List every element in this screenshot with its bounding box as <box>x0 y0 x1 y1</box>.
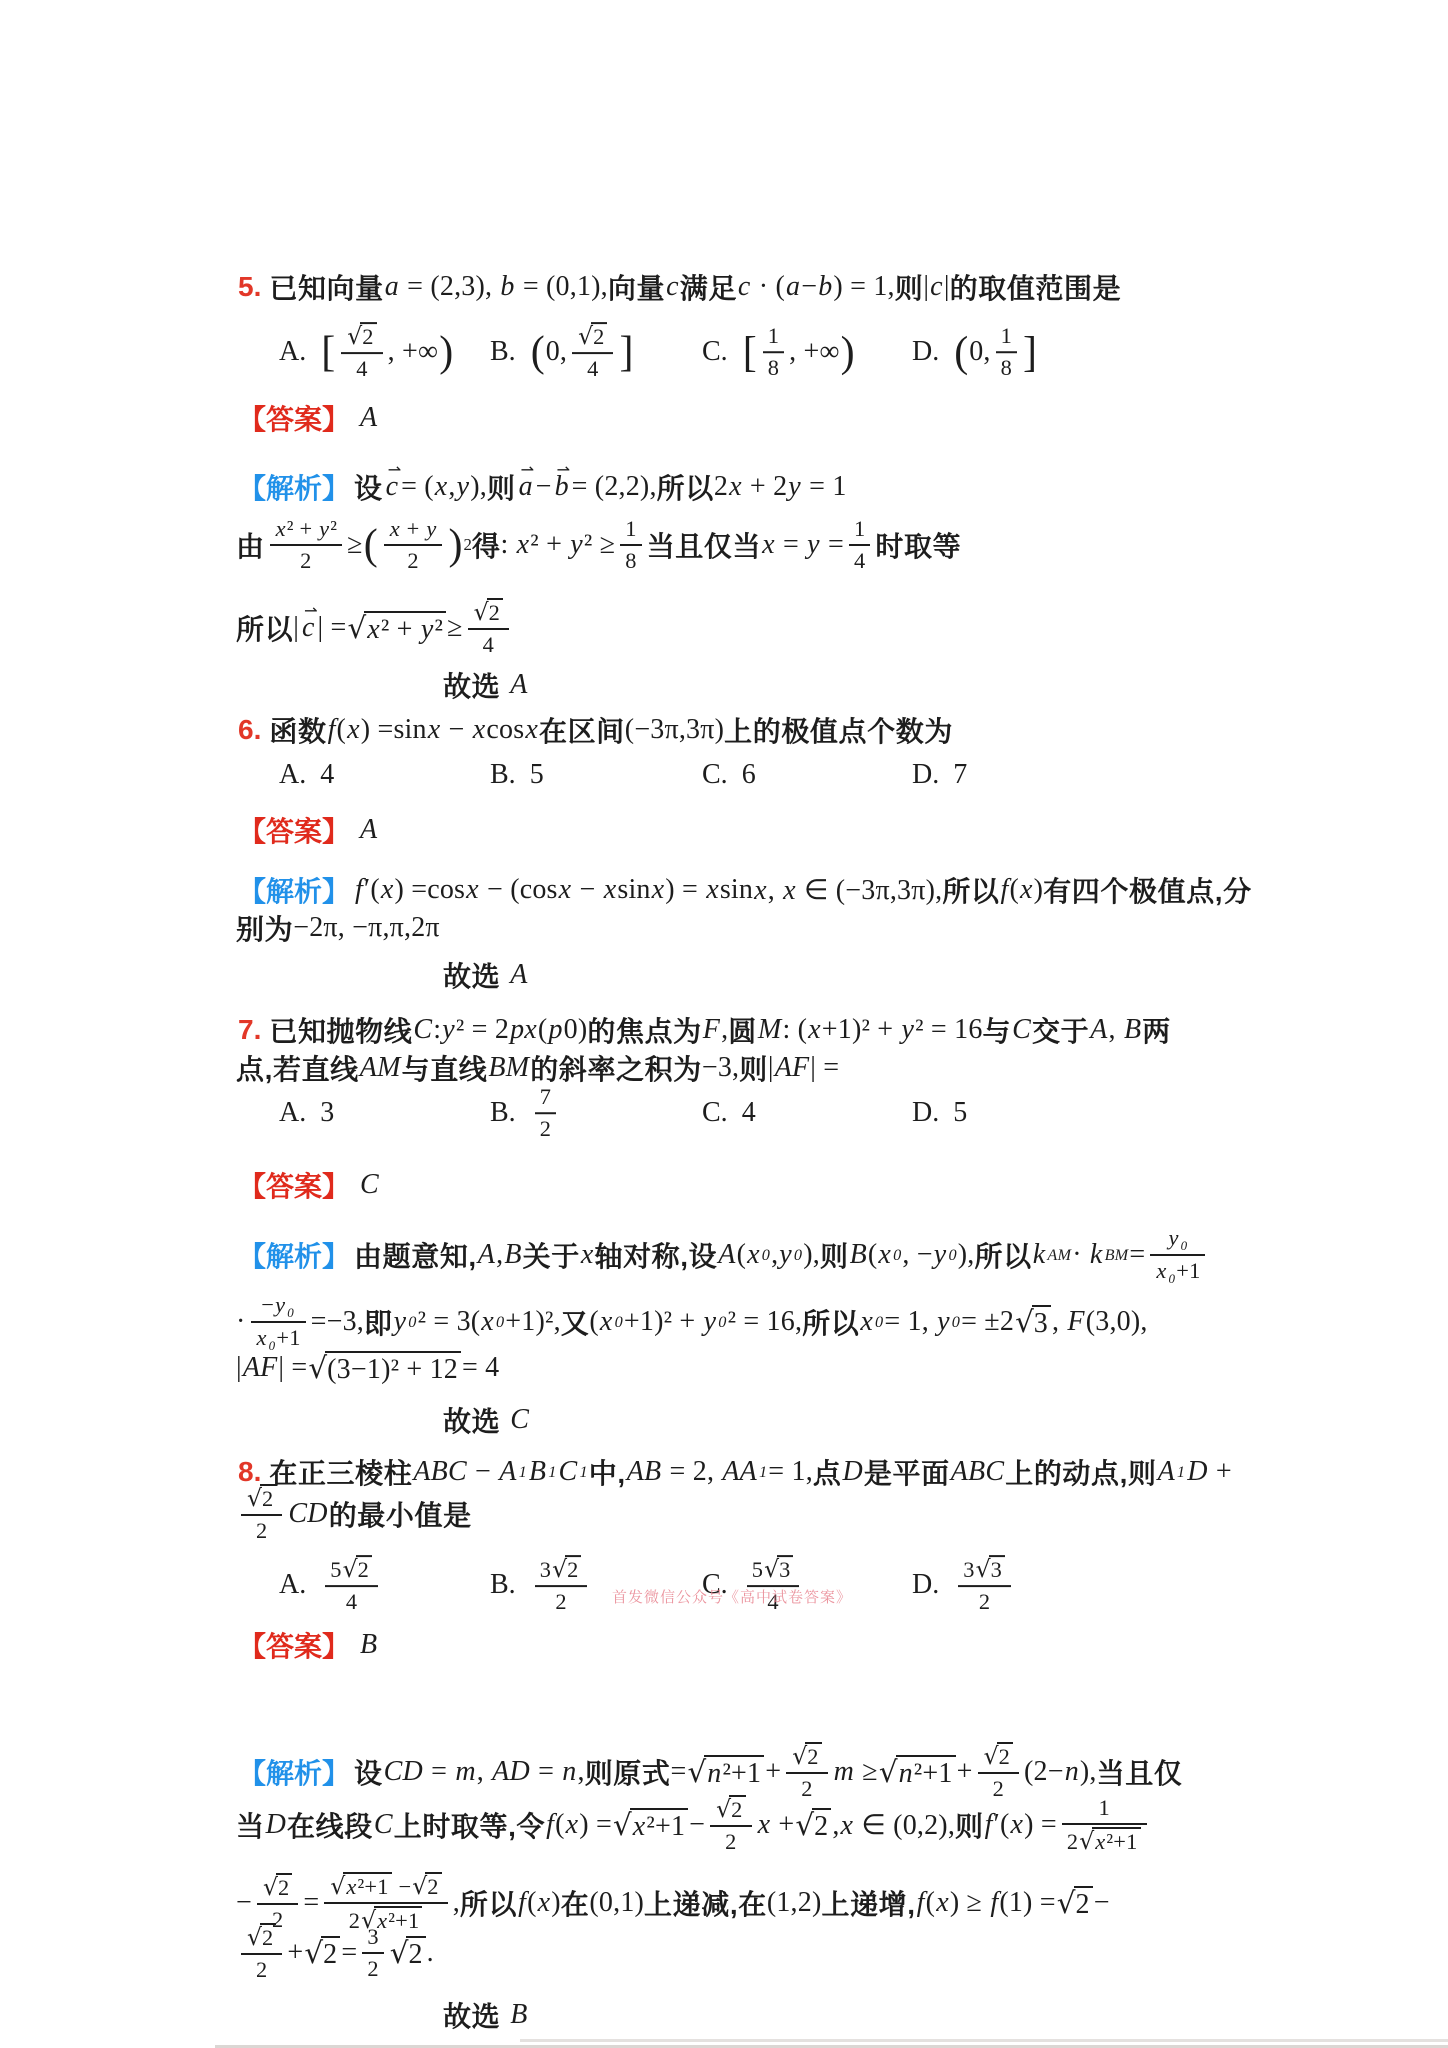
radicand: 2 <box>1074 1886 1093 1921</box>
math-segment: n²+1 <box>706 1758 761 1789</box>
question-number: 5. <box>238 271 261 303</box>
math-segment: M: (x+1)² + y² = 16 <box>757 1014 983 1046</box>
conclusion-prefix: 故选 <box>443 1400 500 1440</box>
text-segment: 则 <box>487 467 516 507</box>
fraction-denominator: 2 <box>710 1827 751 1855</box>
math-segment: x²+1 <box>1094 1829 1137 1854</box>
fraction-denominator: 4 <box>572 354 613 382</box>
fraction-numerator: 2 <box>786 1742 827 1774</box>
analysis-line: 所以 |c| = x² + y² ≥ 24 <box>236 606 514 650</box>
math-segment: = 4 <box>462 1352 499 1384</box>
math-fraction: 322 <box>535 1555 588 1615</box>
math-segment: A, B <box>1089 1014 1142 1046</box>
text-segment: 是平面 <box>864 1452 950 1492</box>
math-segment: A,B <box>477 1239 523 1271</box>
option: D.(0, 18] <box>912 323 1038 381</box>
radicand: 2 <box>565 1555 581 1583</box>
fraction-numerator: 1 <box>763 323 784 353</box>
radicand: 3 <box>1032 1305 1051 1340</box>
fraction-numerator: 2 <box>978 1742 1019 1774</box>
subscript: 0 <box>793 1247 803 1263</box>
subscript: 0 <box>614 1314 624 1330</box>
text-segment: 当且仅当 <box>647 525 761 565</box>
analysis-line: − 22 = x²+1 −22x²+1 ,所以 f(x) 在 (0,1) 上递减… <box>236 1881 1110 1925</box>
math-segment: y <box>1168 1225 1180 1250</box>
subscript: 0 <box>1168 1271 1177 1286</box>
math-fraction: x + y2 <box>384 516 443 574</box>
math-segment: 2 <box>801 1776 812 1801</box>
option: A.[24, +∞) <box>279 322 454 382</box>
math-fraction: 24 <box>572 322 613 382</box>
option: C.4 <box>702 1097 756 1129</box>
big-delimiter: ] <box>1023 330 1037 374</box>
square-root: 3 <box>1015 1305 1051 1340</box>
fraction-numerator: 2 <box>710 1795 751 1827</box>
fraction-denominator: 8 <box>996 353 1017 381</box>
text-segment: 由 <box>236 525 265 565</box>
math-segment: ), <box>958 1239 975 1271</box>
analysis-line: |AF| = (3−1)² + 12 = 4 <box>236 1346 499 1390</box>
question-number: 7. <box>238 1014 261 1046</box>
options-row: A.3B.72C.4D.5 <box>0 1091 1448 1135</box>
question-number: 6. <box>238 714 261 746</box>
math-segment: f(x) <box>1000 874 1044 906</box>
math-segment: 1 <box>854 516 865 541</box>
math-segment: · k <box>1072 1239 1103 1271</box>
fraction-denominator: 8 <box>620 546 641 574</box>
text-segment: 函数 <box>269 710 326 750</box>
radicand: 2 <box>729 1795 745 1823</box>
big-delimiter: [ <box>743 330 757 374</box>
square-root: x²+1 <box>613 1808 688 1843</box>
subscript: 1 <box>758 1464 768 1480</box>
fraction-denominator: 2 <box>241 1516 282 1544</box>
math-roman-segment: sin <box>720 874 753 906</box>
option: A.524 <box>279 1555 383 1615</box>
math-segment: D <box>265 1809 287 1841</box>
answer-line: 【答案】C <box>238 1163 379 1207</box>
math-segment: CD = m, AD = n, <box>383 1756 585 1788</box>
math-segment: x²+1 <box>632 1811 685 1842</box>
analysis-label: 【解析】 <box>238 1235 350 1275</box>
text-segment: 则 <box>820 1235 849 1275</box>
math-segment: 1 <box>768 323 779 348</box>
subscript: 1 <box>1176 1464 1186 1480</box>
math-fraction: −y0x0+1 <box>251 1292 306 1353</box>
options-row: A.4B.5C.6D.7 <box>0 753 1448 797</box>
square-root: 2 <box>347 322 376 350</box>
square-root: 2 <box>304 1936 340 1971</box>
option-label: C. <box>702 1097 728 1129</box>
text-segment: 所以 <box>460 1883 517 1923</box>
math-segment: 2 <box>567 1557 578 1582</box>
analysis-label: 【解析】 <box>238 467 350 507</box>
math-segment: , +∞ <box>789 336 840 368</box>
option-label: B. <box>490 1097 516 1129</box>
math-segment: 2 <box>489 600 500 625</box>
square-root: 2 <box>247 1484 276 1512</box>
text-segment: 上的动点,则 <box>1005 1452 1156 1492</box>
math-segment: (x <box>589 1306 613 1338</box>
square-root: x² + y² <box>347 611 446 646</box>
math-segment: 2 <box>278 1875 289 1900</box>
math-segment: x² + y² <box>275 516 338 541</box>
answer-line: 【答案】A <box>238 396 377 440</box>
math-roman-segment: 5 <box>953 1097 967 1129</box>
fraction-denominator: 2x²+1 <box>1062 1825 1147 1855</box>
option: B.(0, 24] <box>490 322 634 382</box>
math-segment: 2 <box>979 1589 990 1614</box>
conclusion-answer: C <box>510 1404 529 1436</box>
radicand: 2 <box>425 1872 441 1900</box>
math-segment: 3 <box>540 1557 551 1582</box>
radicand: 2 <box>276 1873 292 1901</box>
radicand: 2 <box>360 322 376 350</box>
radicand: 2 <box>406 1936 425 1971</box>
text-segment: 的取值范围是 <box>950 267 1122 307</box>
stem-line: 5.已知向量 a = (2,3), b = (0,1),向量 c 满足 c · … <box>238 265 1121 309</box>
fraction-numerator: x²+1 −2 <box>324 1872 447 1904</box>
option-label: D. <box>912 336 939 368</box>
math-segment: |AF| = <box>236 1352 307 1384</box>
math-segment: = <box>671 1756 687 1788</box>
math-segment: f(x) = <box>327 714 394 746</box>
math-roman-segment: cos <box>486 714 524 746</box>
conclusion-answer: A <box>510 669 527 701</box>
math-segment: 2 <box>427 1874 438 1899</box>
math-roman-segment: 4 <box>320 759 334 791</box>
exam-solutions-page: 5.已知向量 a = (2,3), b = (0,1),向量 c 满足 c · … <box>0 0 1448 2048</box>
math-segment: = 1, <box>768 1456 813 1488</box>
subscript: 0 <box>286 1305 295 1320</box>
option: B.72 <box>490 1084 561 1142</box>
option: B.322 <box>490 1555 592 1615</box>
math-roman-segment: 3 <box>320 1097 334 1129</box>
option-label: B. <box>490 759 516 791</box>
answer-label: 【答案】 <box>238 398 350 438</box>
fraction-denominator: 4 <box>849 546 870 574</box>
math-segment: 2 <box>256 1957 267 1982</box>
radicand: n²+1 <box>896 1755 956 1790</box>
text-segment: 的斜率之积为 <box>530 1048 702 1088</box>
option-label: B. <box>490 1569 516 1601</box>
big-delimiter: ) <box>841 330 855 374</box>
square-root: 2 <box>578 322 607 350</box>
fraction-denominator: 2 <box>786 1774 827 1802</box>
math-segment: x, x ∈ (−3π,3π), <box>753 873 942 907</box>
text-segment: 当且仅 <box>1097 1752 1183 1792</box>
math-segment: 2 <box>408 1939 422 1970</box>
text-segment: 即 <box>364 1302 393 1342</box>
stem-line: 22CD 的最小值是 <box>236 1492 472 1536</box>
subscript: 0 <box>874 1314 884 1330</box>
fraction-denominator: 2 <box>978 1774 1019 1802</box>
math-segment: 0, <box>546 336 567 368</box>
math-segment: C <box>558 1456 579 1488</box>
radicand: (3−1)² + 12 <box>325 1351 461 1386</box>
math-segment: x − ( <box>465 874 520 906</box>
option-label: C. <box>702 336 728 368</box>
square-root: 2 <box>552 1555 581 1583</box>
square-root: 2 <box>412 1872 441 1900</box>
math-segment: C <box>1011 1014 1032 1046</box>
math-segment: 2 <box>358 1557 369 1582</box>
math-segment: 3 <box>779 1557 790 1582</box>
math-fraction: 332 <box>958 1555 1011 1615</box>
fraction-denominator: 2x²+1 <box>324 1904 447 1934</box>
conclusion-line: 故选C <box>443 1398 529 1442</box>
math-segment: CD <box>287 1498 328 1530</box>
math-segment: x <box>580 1239 595 1271</box>
analysis-line: 【解析】设 CD = m, AD = n,则原式 = n²+1 + 22m ≥ … <box>238 1750 1182 1794</box>
conclusion-prefix: 故选 <box>443 665 500 705</box>
math-segment: f(x) <box>517 1887 561 1919</box>
stem-line: 8.在正三棱柱 ABC − A1B1C1 中, AB = 2, AA1 = 1,… <box>238 1450 1232 1494</box>
math-segment: ABC − A <box>412 1456 517 1488</box>
math-segment: 4 <box>587 356 598 381</box>
option: C.6 <box>702 759 756 791</box>
option-label: A. <box>279 759 306 791</box>
square-root: n²+1 <box>688 1755 765 1790</box>
math-segment: 2 <box>555 1589 566 1614</box>
text-segment: 当 <box>236 1805 265 1845</box>
math-fraction: 32 <box>362 1924 383 1982</box>
math-segment: 8 <box>1001 355 1012 380</box>
text-segment: 轴对称,设 <box>594 1235 717 1275</box>
math-segment: + <box>957 1756 973 1788</box>
math-segment: −y <box>261 1292 286 1317</box>
text-segment: 上的极值点个数为 <box>724 710 953 750</box>
fraction-numerator: 1 <box>620 516 641 546</box>
text-segment: 上时取等,令 <box>394 1805 545 1845</box>
radicand: 2 <box>260 1484 276 1512</box>
math-segment: c · (a−b) = 1, <box>737 271 895 303</box>
math-segment: 2 <box>807 1744 818 1769</box>
fraction-denominator: 2 <box>535 1587 588 1615</box>
subscript: 0 <box>947 1247 957 1263</box>
math-segment: 2 <box>256 1518 267 1543</box>
text-segment: 得 <box>472 525 501 565</box>
fraction-numerator: 2 <box>241 1484 282 1516</box>
math-fraction: 22 <box>241 1484 282 1544</box>
math-segment: x − x <box>427 714 487 746</box>
big-delimiter: ( <box>531 330 545 374</box>
big-delimiter: ( <box>364 523 378 567</box>
fraction-denominator: 4 <box>468 630 509 658</box>
analysis-line: 【解析】设 c = (x,y),则 a − b = (2,2),所以 2x + … <box>238 465 847 509</box>
math-segment: = (x,y), <box>401 471 487 503</box>
radicand: 2 <box>356 1555 372 1583</box>
math-segment: x <box>524 714 539 746</box>
math-segment: n²+1 <box>898 1758 953 1789</box>
math-segment: = ±2 <box>961 1306 1014 1338</box>
math-segment: , +∞ <box>388 336 439 368</box>
math-segment: k <box>1032 1239 1047 1271</box>
radicand: n²+1 <box>704 1755 764 1790</box>
math-segment: x = y = <box>761 529 844 561</box>
analysis-line: 别为 −2π, −π,π,2π <box>236 906 440 950</box>
text-segment: 所以 <box>236 608 293 648</box>
text-segment: 满足 <box>680 267 737 307</box>
text-segment: 点,若直线 <box>236 1048 359 1088</box>
square-root: 2 <box>390 1936 426 1971</box>
radicand: 2 <box>487 598 503 626</box>
options-row: A.[24, +∞)B.(0, 24]C.[18, +∞)D.(0, 18] <box>0 330 1448 374</box>
fraction-denominator: 2 <box>535 1114 556 1142</box>
math-fraction: x² + y²2 <box>270 516 343 574</box>
math-segment: 8 <box>768 355 779 380</box>
fraction-denominator: 2 <box>958 1587 1011 1615</box>
conclusion-line: 故选A <box>443 663 527 707</box>
option: C.[18, +∞) <box>702 323 856 381</box>
math-segment: 2 <box>367 1956 378 1981</box>
math-segment: 2 <box>731 1797 742 1822</box>
fraction-numerator: 32 <box>535 1555 588 1587</box>
square-root: x²+1 <box>330 1872 391 1900</box>
text-segment: 又 <box>561 1302 590 1342</box>
vector-symbol: c <box>302 612 314 644</box>
answer-line: 【答案】B <box>238 1623 377 1667</box>
math-segment: , −y <box>902 1239 947 1271</box>
math-segment: − <box>1094 1887 1110 1919</box>
subscript: 0 <box>495 1314 505 1330</box>
conclusion-prefix: 故选 <box>443 955 500 995</box>
math-segment: = (2,2), <box>572 471 657 503</box>
watermark-text: 首发微信公众号《高中试卷答案》 <box>612 1586 852 1607</box>
text-segment: 已知抛物线 <box>269 1010 412 1050</box>
answer-value: A <box>360 402 377 434</box>
vector-symbol: c <box>386 471 398 503</box>
math-segment: 2 <box>814 1811 828 1842</box>
math-fraction: 18 <box>620 516 641 574</box>
option-label: A. <box>279 336 306 368</box>
fraction-numerator: 2 <box>468 598 509 630</box>
text-segment: 由题意知, <box>354 1235 477 1275</box>
math-segment: +1 <box>1176 1258 1200 1283</box>
math-segment: x + y <box>389 516 438 541</box>
option-label: D. <box>912 1097 939 1129</box>
text-segment: 在正三棱柱 <box>269 1452 412 1492</box>
fraction-numerator: 7 <box>535 1084 556 1114</box>
text-segment: 中, <box>589 1452 626 1492</box>
math-fraction: 12x²+1 <box>1062 1795 1147 1855</box>
text-segment: 与直线 <box>402 1048 488 1088</box>
math-segment: 5 <box>752 1557 763 1582</box>
math-roman-segment: 7 <box>953 759 967 791</box>
text-segment: 别为 <box>236 908 293 948</box>
text-segment: 上递减,在 <box>644 1883 767 1923</box>
fraction-numerator: 1 <box>996 323 1017 353</box>
big-delimiter: ) <box>448 523 462 567</box>
math-segment: 2 <box>262 1925 273 1950</box>
subscript: 1 <box>518 1464 528 1480</box>
math-segment: 4 <box>854 548 865 573</box>
radicand: 2 <box>260 1923 276 1951</box>
math-segment: (0,1) <box>589 1887 644 1919</box>
text-segment: 的焦点为 <box>587 1010 701 1050</box>
subscript: 1 <box>547 1464 557 1480</box>
fraction-denominator: 2 <box>270 546 343 574</box>
answer-value: C <box>360 1169 379 1201</box>
square-root: 2 <box>792 1742 821 1770</box>
fraction-numerator: 1 <box>1062 1795 1147 1825</box>
option: D.332 <box>912 1555 1016 1615</box>
math-segment: 2 <box>993 1776 1004 1801</box>
math-segment: (−3π,3π) <box>625 714 724 746</box>
math-fraction: 14 <box>849 516 870 574</box>
radicand: 2 <box>805 1742 821 1770</box>
conclusion-answer: B <box>510 1999 527 2031</box>
option-label: C. <box>702 759 728 791</box>
math-segment: f′(x) = <box>354 874 427 906</box>
math-segment: 8 <box>625 548 636 573</box>
big-delimiter: ] <box>619 330 633 374</box>
big-delimiter: ) <box>439 330 453 374</box>
math-segment: C <box>373 1809 394 1841</box>
math-segment: a = (2,3), b = (0,1), <box>384 271 608 303</box>
radicand: 3 <box>777 1555 793 1583</box>
fraction-numerator: 33 <box>958 1555 1011 1587</box>
math-segment: 3 <box>367 1924 378 1949</box>
square-root: 2 <box>343 1555 372 1583</box>
math-segment: 2 <box>362 324 373 349</box>
fraction-denominator: 4 <box>325 1587 378 1615</box>
math-segment: = <box>341 1937 357 1969</box>
math-segment: B(x <box>849 1239 892 1271</box>
math-segment: AB = 2, AA <box>626 1456 758 1488</box>
subscript: AM <box>1046 1247 1072 1263</box>
text-segment: 则 <box>955 1805 984 1845</box>
math-segment: 3 <box>1034 1308 1048 1339</box>
math-segment: 2 <box>407 548 418 573</box>
option: A.4 <box>279 759 334 791</box>
answer-label: 【答案】 <box>238 1625 350 1665</box>
math-segment: C:y² = 2px(p0) <box>412 1014 587 1046</box>
analysis-line: 由 x² + y²2 ≥ (x + y2)2得: x² + y² ≥ 18 当且… <box>236 523 961 567</box>
text-segment: 上递增, <box>821 1883 915 1923</box>
square-root: (3−1)² + 12 <box>308 1351 461 1386</box>
square-root: 2 <box>474 598 503 626</box>
conclusion-line: 故选B <box>443 1993 527 2037</box>
text-segment: 所以 <box>975 1235 1032 1275</box>
fraction-denominator: 2 <box>362 1954 383 1982</box>
square-root: 2 <box>1057 1886 1093 1921</box>
subscript: 1 <box>578 1464 588 1480</box>
math-segment: +1)² + y <box>624 1306 717 1338</box>
math-segment: − <box>393 1874 412 1899</box>
math-segment: D <box>842 1456 864 1488</box>
answer-label: 【答案】 <box>238 1165 350 1205</box>
math-segment: x − x <box>558 874 618 906</box>
text-segment: 所以 <box>942 870 999 910</box>
text-segment: 则原式 <box>585 1752 671 1792</box>
math-fraction: 22 <box>978 1742 1019 1802</box>
math-segment: 4 <box>356 356 367 381</box>
text-segment: 在线段 <box>287 1805 373 1845</box>
radicand: x²+1 <box>630 1808 688 1843</box>
text-segment: 交于 <box>1032 1010 1089 1050</box>
math-segment: = <box>303 1887 319 1919</box>
vector-symbol: b <box>555 471 569 503</box>
text-segment: 关于 <box>523 1235 580 1275</box>
text-segment: 则 <box>895 267 924 307</box>
math-roman-segment: 6 <box>742 759 756 791</box>
math-segment: | <box>293 612 299 644</box>
option: D.7 <box>912 759 967 791</box>
math-segment: BM <box>487 1052 530 1084</box>
math-fraction: 22 <box>241 1923 282 1983</box>
conclusion-prefix: 故选 <box>443 1995 500 2035</box>
